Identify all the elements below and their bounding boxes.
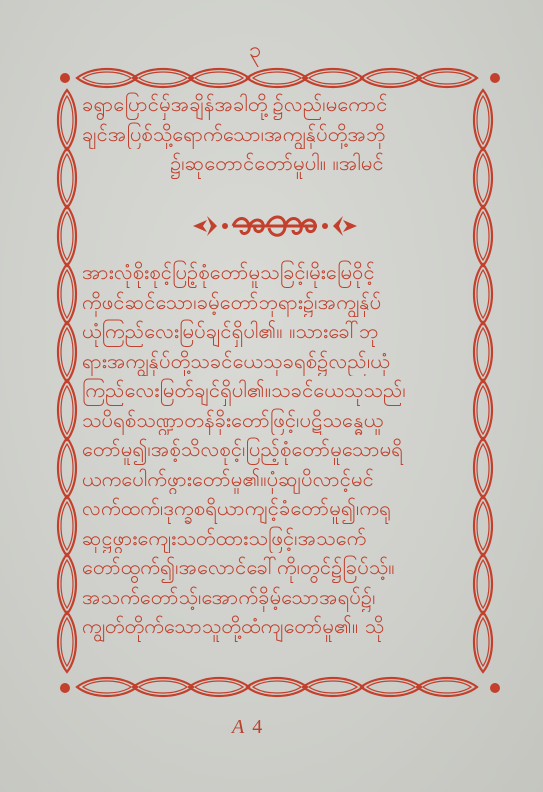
body-line: ကိုဖင်ဆင်သော၊ခမ့်တော်ဘုရား၌၊အကျွန်ုပ် <box>82 288 472 318</box>
creed-paragraph: အားလုံစိုးစုင့်ပြဉ့်စုံတော်မူသခြင့်၊မိုး… <box>82 258 472 642</box>
body-line: ရားအကျွန်ုပ်တို့သခင်ယေသုခရစ်၌လည်၊ယုံ <box>82 347 472 377</box>
intro-line: ချင်အပြစ်သို့ရောက်သော၊အကျွန်ုပ်တို့အဘို <box>82 120 472 150</box>
body-line: ကြည်လေးမြတ်ချင်ရှိပါ၏။သခင်ယေသုသည်၊ <box>82 376 472 406</box>
body-line: အသက်တော်သ့်၊အောက်ခိုမ့်သောအရပ်၌၊ <box>82 583 472 613</box>
floral-divider-icon <box>185 208 365 244</box>
body-line: လက်ထက်၊ဒုက္ခစရိယာကျင့်ခံတော်မူ၍၊ကရု <box>82 494 472 524</box>
signature-mark: A4 <box>232 716 262 739</box>
signature-number: 4 <box>252 716 262 738</box>
intro-line: ခရွာပြောင်မှ်အချိန်အခါတို့၌လည်၊မကောင် <box>82 90 472 120</box>
intro-paragraph: ခရွာပြောင်မှ်အချိန်အခါတို့၌လည်၊မကောင် ချ… <box>82 90 472 179</box>
page-number-top: ၃ <box>243 40 267 62</box>
body-line: ယကပေါက်ဖွားတော်မူ၏။ပုံဆျပိလာင့်မင် <box>82 465 472 495</box>
body-line: အားလုံစိုးစုင့်ပြဉ့်စုံတော်မူသခြင့်၊မိုး… <box>82 258 472 288</box>
body-line: သပိရစ်သဏ္ဍာတန်ခိုးတော်ဖြင့်၊ပဋိသန္ဓေယူ <box>82 406 472 436</box>
body-line: တော်မူ၍၊အစ့်သိလစုင့်၊ပြည့်စုံတော်မူသောမရ… <box>82 435 472 465</box>
body-line: ကျွတ်တိုက်သောသူတို့ထံကျတော်မူ၏။ သို <box>82 612 472 642</box>
body-line: ယုံကြည်လေးမြပ်ချင်ရှိပါ၏။ ။သားခေါ်ဘု <box>82 317 472 347</box>
intro-line: ၌၊ဆုတောင်တော်မူပါ။ ။အါမင် <box>82 149 472 179</box>
body-line: တော်ထွက်၍၊အလောင်ခေါ်ကို၊တွင်၌ခြပ်သ့်။ <box>82 553 472 583</box>
signature-letter: A <box>232 716 244 738</box>
body-line: ဆုဋ္ဌဖွားကျေးသတ်ထားသဖြင့်၊အသက်ေ <box>82 524 472 554</box>
